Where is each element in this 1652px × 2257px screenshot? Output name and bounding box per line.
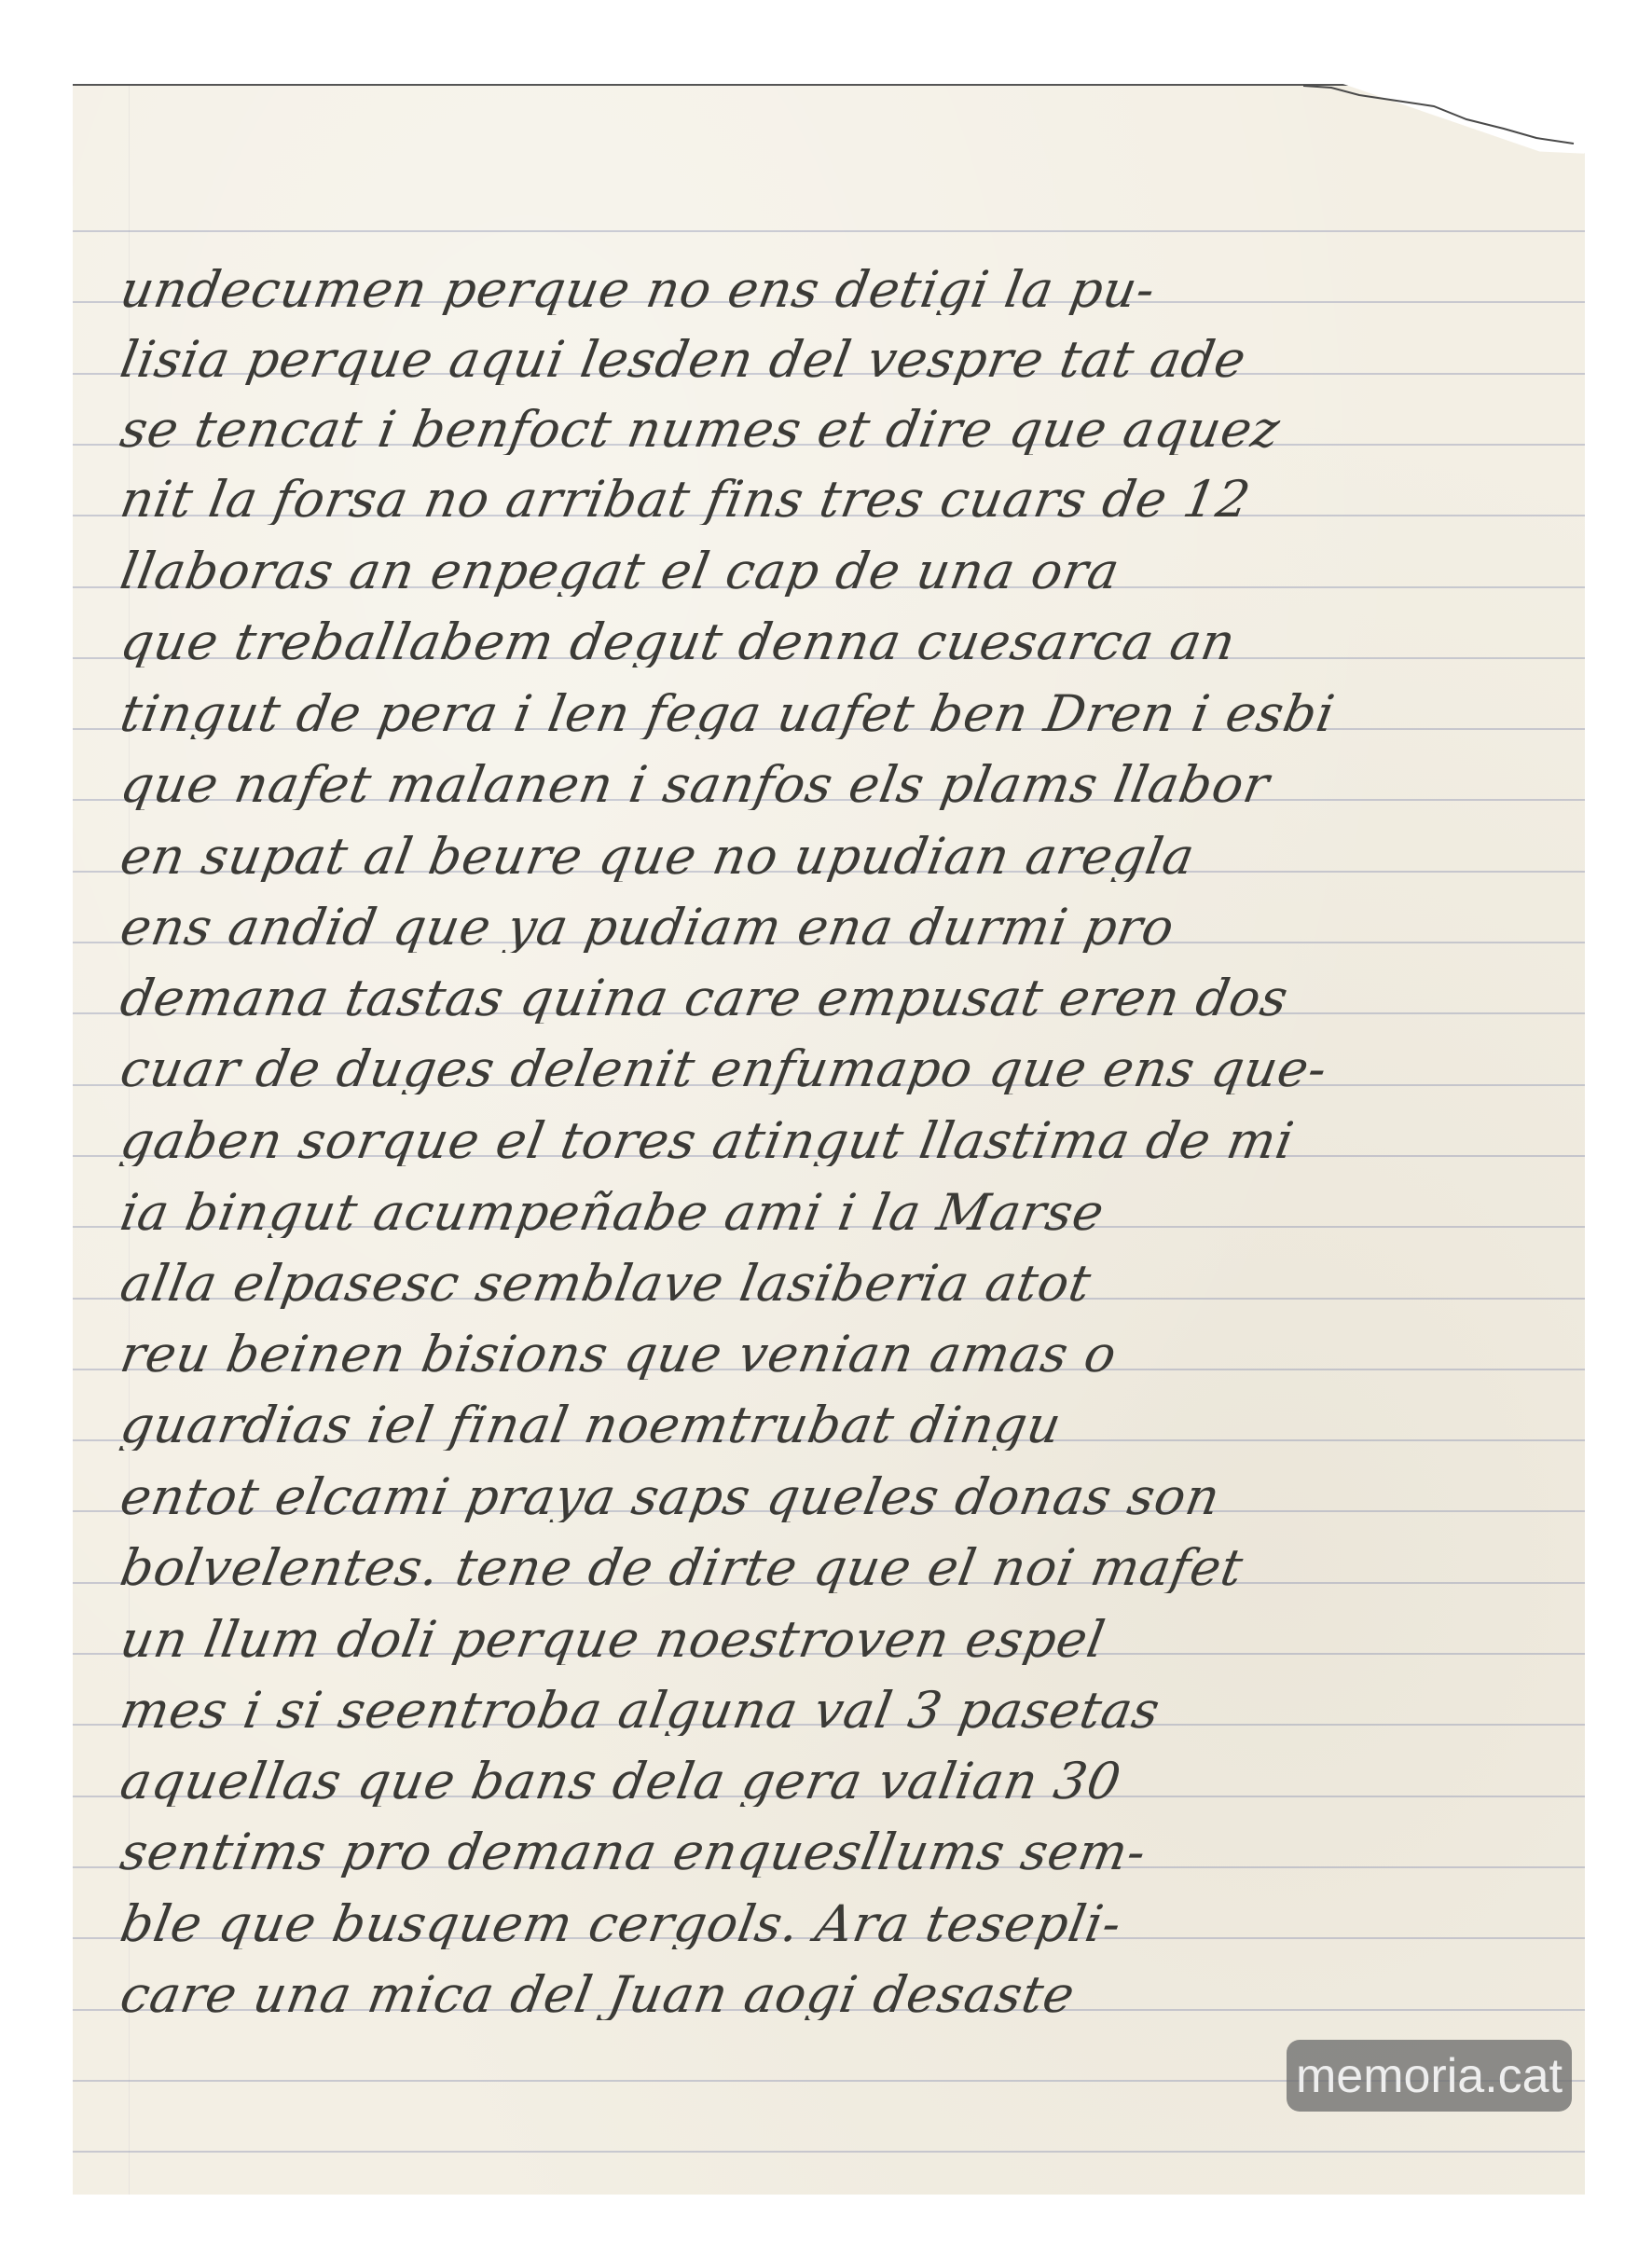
text-line: un llum doli perque noestroven espel <box>117 1615 1571 1665</box>
text-line: llaboras an enpegat el cap de una ora <box>117 546 1571 597</box>
text-line: alla elpasesc semblave lasiberia atot <box>117 1259 1571 1309</box>
text-line: en supat al beure que no upudian aregla <box>117 832 1571 882</box>
text-line: ble que busquem cergols. Ara tesepli- <box>117 1899 1571 1949</box>
text-line: nit la forsa no arribat fins tres cuars … <box>117 475 1571 525</box>
text-line: que treballabem degut denna cuesarca an <box>117 617 1571 667</box>
text-line: lisia perque aqui lesden del vespre tat … <box>117 335 1571 385</box>
text-line: ia bingut acumpeñabe ami i la Marse <box>117 1188 1571 1238</box>
text-line: care una mica del Juan aogi desaste <box>117 1970 1571 2020</box>
text-line: se tencat i benfoct numes et dire que aq… <box>117 405 1571 455</box>
ruled-line <box>73 2222 1585 2223</box>
ruled-line <box>73 230 1585 232</box>
text-line: demana tastas quina care empusat eren do… <box>117 973 1571 1024</box>
text-line: reu beinen bisions que venian amas o <box>117 1329 1571 1380</box>
watermark-text: memoria.cat <box>1296 2048 1563 2104</box>
text-line: gaben sorque el tores atingut llastima d… <box>117 1116 1571 1166</box>
text-line: que nafet malanen i sanfos els plams lla… <box>117 760 1571 810</box>
text-line: undecumen perque no ens detigi la pu- <box>117 265 1571 315</box>
letter-page: undecumen perque no ens detigi la pu- li… <box>73 84 1585 2195</box>
text-line: mes i si seentroba alguna val 3 pasetas <box>117 1686 1571 1736</box>
text-line: sentims pro demana enquesllums sem- <box>117 1827 1571 1878</box>
text-line: tingut de pera i len fega uafet ben Dren… <box>117 689 1571 739</box>
ruled-line <box>73 2151 1585 2153</box>
text-line: ens andid que ya pudiam ena durmi pro <box>117 902 1571 953</box>
text-line: guardias iel final noemtrubat dingu <box>117 1400 1571 1451</box>
text-line: entot elcami praya saps queles donas son <box>117 1472 1571 1522</box>
text-line: bolvelentes. tene de dirte que el noi ma… <box>117 1543 1571 1593</box>
watermark: memoria.cat <box>1287 2040 1572 2112</box>
text-line: cuar de duges delenit enfumapo que ens q… <box>117 1044 1571 1094</box>
text-line: aquellas que bans dela gera valian 30 <box>117 1756 1571 1807</box>
